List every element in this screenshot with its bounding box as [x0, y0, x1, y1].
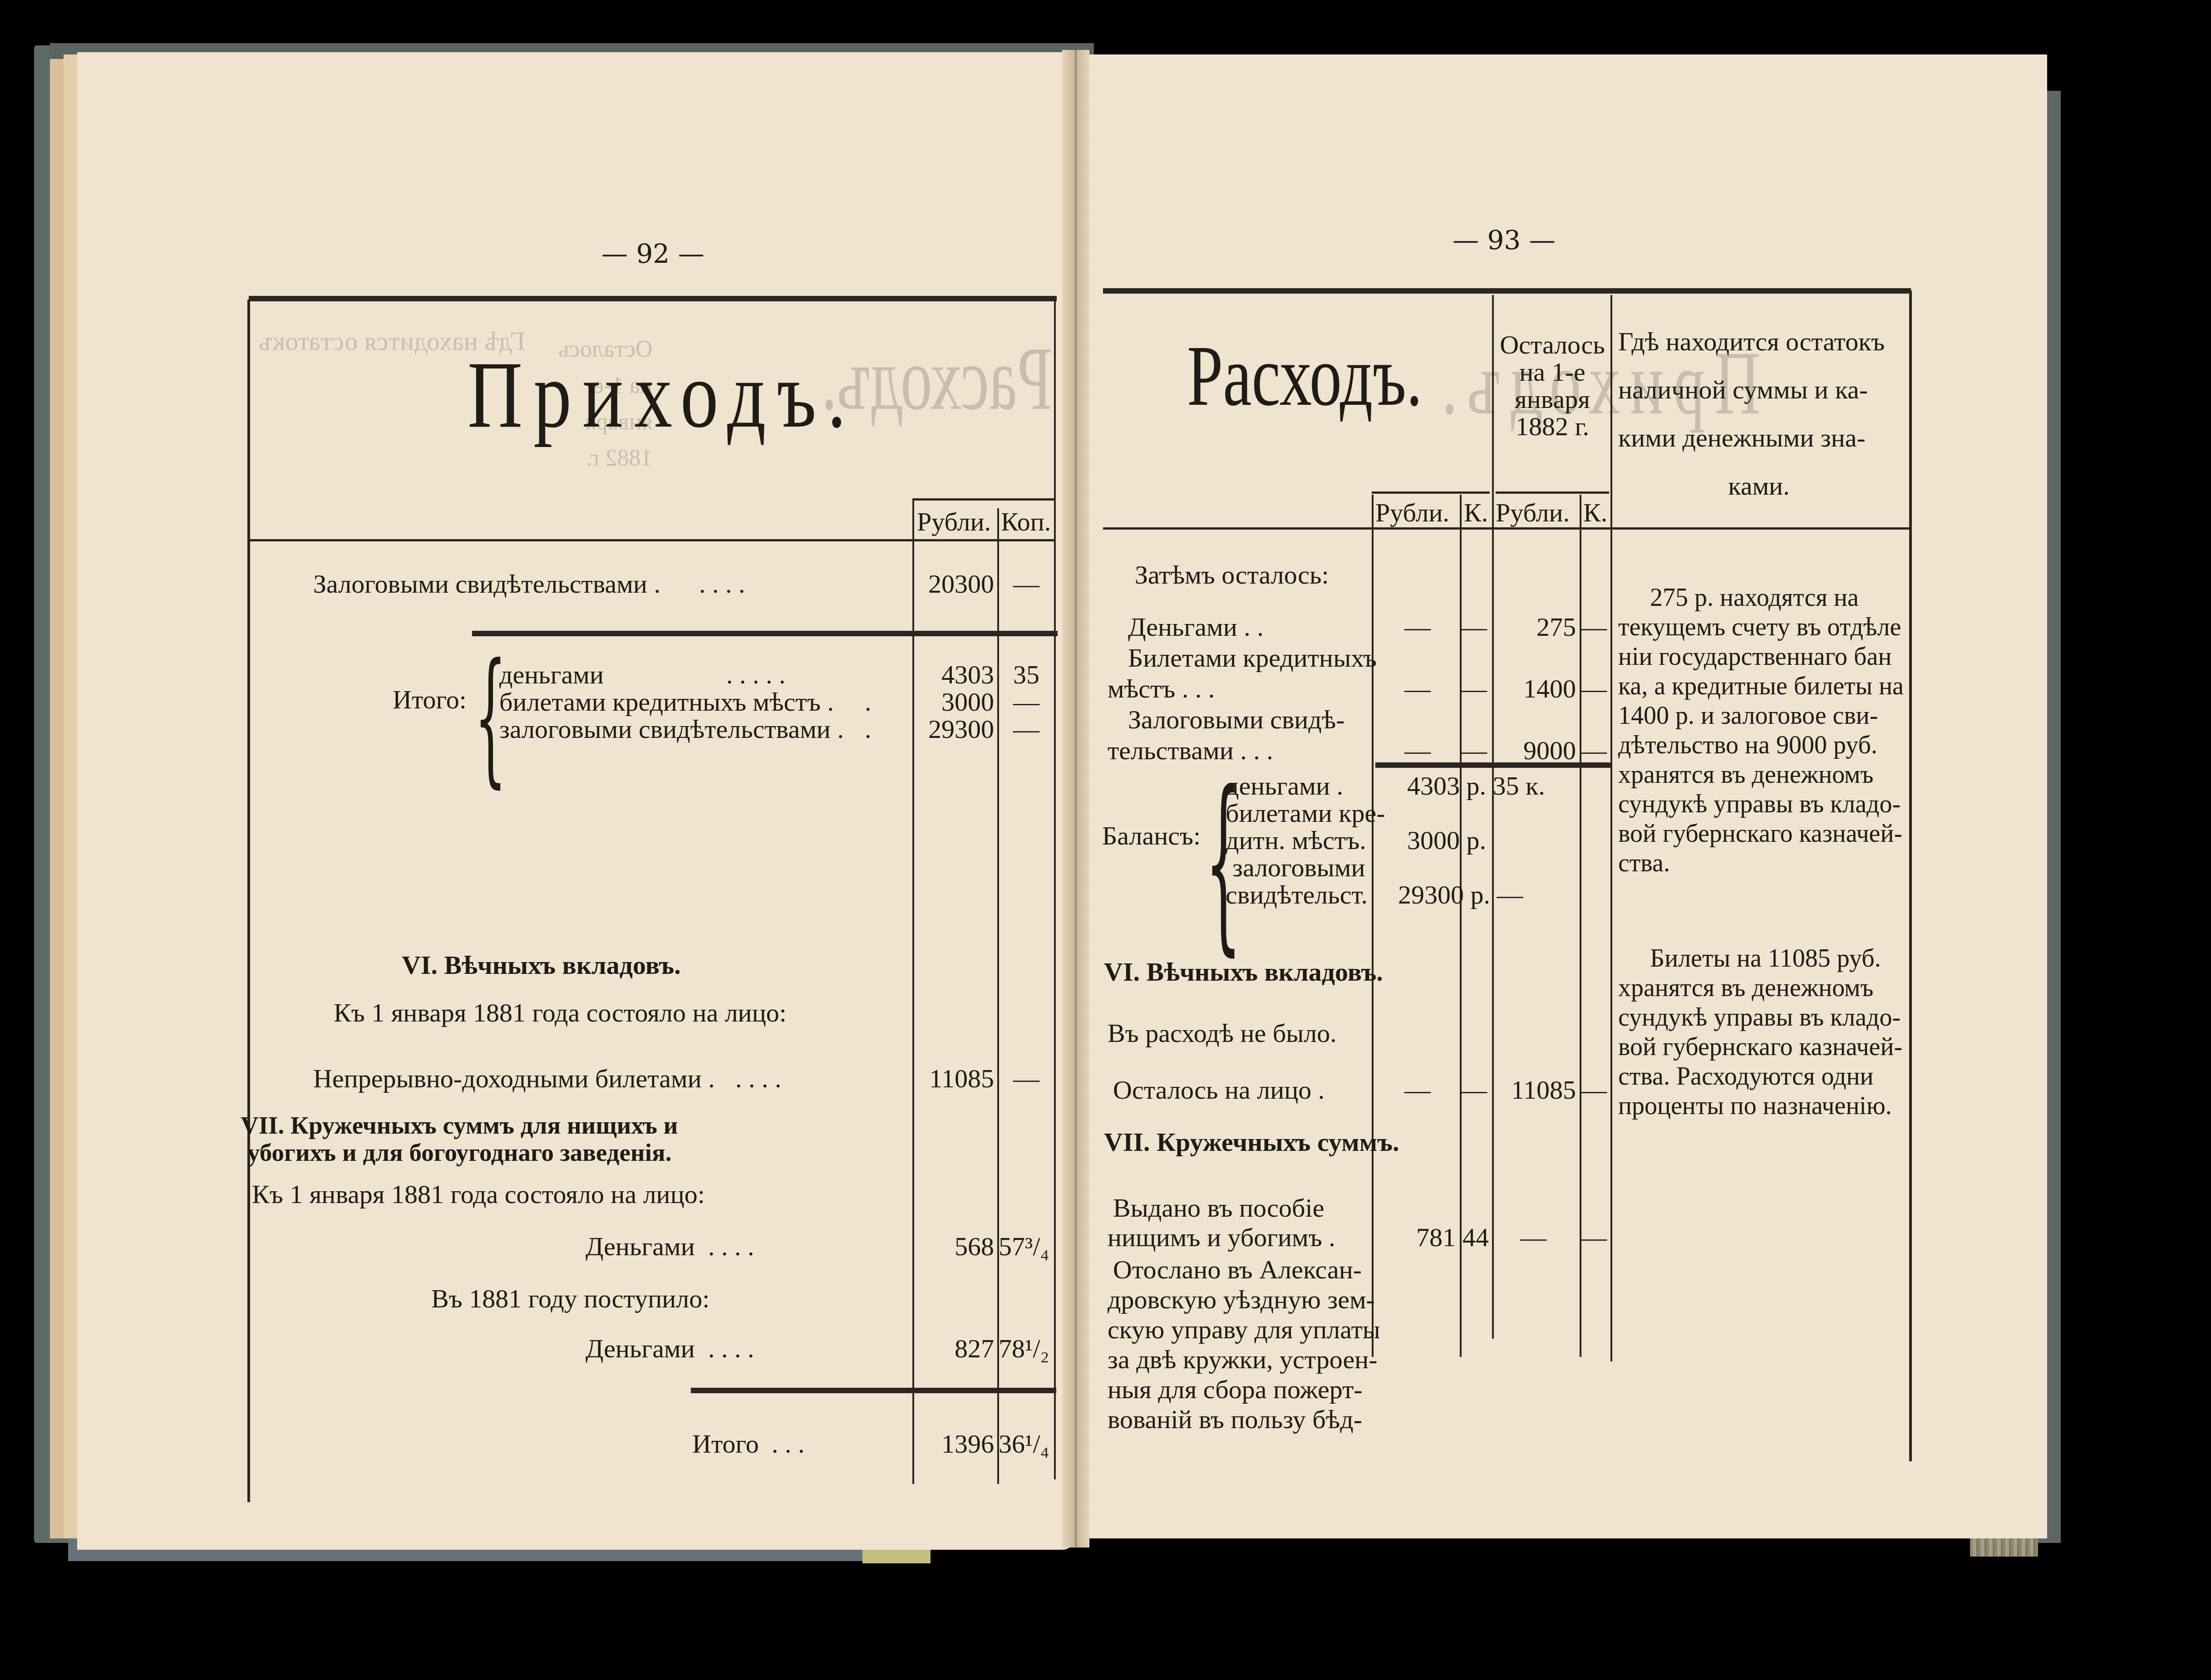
section7-row1-k1: 44 [1463, 1223, 1489, 1252]
balance-label: Балансъ: [1102, 821, 1201, 850]
remainder-pledge-label-1: Залоговыми свидѣ- [1128, 705, 1345, 734]
total-item-dots: . . . . . [726, 660, 786, 689]
section6-remaining-rub2: 11085 [1492, 1076, 1576, 1105]
remainder-heading: Затѣмъ осталось: [1135, 560, 1329, 589]
section7-subheading: Къ 1 января 1881 года состояло на лицо: [252, 1180, 705, 1209]
note-location-1: 275 р. находятся на текущемъ счету въ от… [1618, 583, 1891, 878]
row-dots: . . . . [699, 570, 745, 599]
total-item-dots: . [865, 715, 872, 744]
note-location-2: Билеты на 11085 руб. хранятся въ денежно… [1618, 944, 1891, 1121]
total-item-pledge: залоговыми свидѣтельствами . [499, 715, 844, 744]
section7-row1-rub1: 781 [1372, 1223, 1456, 1252]
book-gutter [1062, 50, 1089, 1547]
remainder-pledge-k2: — [1580, 736, 1607, 765]
header-rub: Рубли. [917, 507, 991, 536]
section6-heading: VI. Вѣчныхъ вкладовъ. [402, 951, 681, 980]
section7-heading-right: VII. Кружечныхъ суммъ. [1104, 1128, 1399, 1157]
section6-row-label: Непрерывно-доходными билетами . [313, 1064, 715, 1093]
section6-remaining-k1: — [1460, 1076, 1487, 1105]
header-sub-rule [1496, 491, 1609, 494]
header-sub-rule [912, 498, 1055, 501]
section6-row-dots: . . . . [735, 1064, 782, 1093]
remainder-money-k1: — [1460, 613, 1487, 642]
header-rub2: Рубли. [1496, 498, 1570, 527]
total-pledge-rub: 29300 [912, 715, 994, 744]
section7-total-rub: 1396 [912, 1429, 994, 1459]
section7-row1-label: Деньгами [586, 1232, 695, 1261]
header-bottom-rule [1103, 527, 1911, 530]
section7-row1-label-2: нищимъ и убогимъ . [1108, 1223, 1335, 1252]
section6-no-expense: Въ расходѣ не было. [1108, 1019, 1337, 1048]
section6-remaining-label: Осталось на лицо . [1113, 1076, 1325, 1105]
table-left-border [247, 300, 250, 1502]
header-rub1: Рубли. [1375, 498, 1449, 527]
section6-row-kop: — [999, 1064, 1039, 1093]
section7-total-rule [691, 1388, 1056, 1393]
header-k2: К. [1583, 498, 1607, 527]
section7-row2-text: Отослано въ Алексан- дровскую уѣздную зе… [1108, 1255, 1380, 1434]
total-item-credit: билетами кредитныхъ мѣстъ . [499, 688, 834, 717]
page-title-expense: Расходъ. [1187, 327, 1423, 426]
total-item-money: деньгами [499, 660, 604, 689]
section7-heading-1: VII. Кружечныхъ суммъ для нищихъ и [241, 1112, 678, 1140]
total-money-rub: 4303 [912, 660, 994, 689]
header-remaining: Осталось на 1-е января 1882 г. [1498, 331, 1607, 440]
section7-row1-label-1: Выдано въ пособіе [1113, 1194, 1324, 1223]
section7-row2-kop: 78¹/₂ [999, 1334, 1049, 1363]
page-number-right: — 93 — [1453, 225, 1556, 255]
col-location-divider [1610, 295, 1612, 1361]
subtotal-rule [472, 631, 1058, 636]
section6-subheading: Къ 1 января 1881 года состояло на лицо: [334, 998, 787, 1027]
col-remaining-divider [1492, 295, 1494, 1339]
section7-total-label: Итого [692, 1429, 759, 1459]
total-credit-rub: 3000 [912, 688, 994, 717]
table-top-rule [1103, 288, 1911, 294]
section7-row1-rub2: — [1492, 1223, 1546, 1252]
section7-row2-label: Деньгами [586, 1334, 695, 1363]
header-k1: К. [1464, 498, 1488, 527]
remainder-credit-rub2: 1400 [1492, 674, 1576, 703]
header-location: Гдѣ находится остатокъ наличной суммы и … [1618, 318, 1900, 510]
total-credit-kop: — [999, 688, 1039, 717]
section7-row1-dots: . . . . [708, 1232, 754, 1261]
balance-pledge-label-1: залоговыми [1232, 853, 1365, 882]
balance-credit-label-1: билетами кре- [1226, 799, 1385, 828]
table-right-border [1909, 290, 1912, 1461]
section7-row1-kop: 57³/₄ [999, 1232, 1049, 1261]
remainder-money-label: Деньгами . . [1128, 613, 1264, 642]
balance-credit-label-2: дитн. мѣстъ. [1226, 826, 1366, 855]
balance-rule [1375, 762, 1611, 768]
section7-row2-rub: 827 [912, 1334, 994, 1363]
section7-row1-rub: 568 [912, 1232, 994, 1261]
section7-heading-2: убогихъ и для богоугоднаго заведенія. [247, 1139, 671, 1167]
section7-received: Въ 1881 году поступило: [431, 1284, 709, 1313]
section6-remaining-k2: — [1580, 1076, 1607, 1105]
table-top-rule [249, 296, 1057, 301]
row-kop: — [999, 570, 1039, 599]
balance-pledge-label-2: свидѣтельст. [1226, 880, 1368, 909]
remainder-credit-label-1: Билетами кредитныхъ [1128, 644, 1377, 673]
section6-heading-right: VI. Вѣчныхъ вкладовъ. [1104, 958, 1383, 987]
page-title-income: Приходъ. [468, 340, 857, 450]
header-bottom-rule [249, 539, 1056, 541]
balance-credit-value: 3000 р. [1407, 826, 1486, 855]
remainder-money-rub2: 275 [1492, 613, 1576, 642]
row-label-pledge: Залоговыми свидѣтельствами . [313, 570, 660, 599]
remainder-pledge-rub1: — [1372, 736, 1431, 765]
row-rub: 20300 [912, 570, 994, 599]
remainder-credit-rub1: — [1372, 674, 1431, 703]
total-item-dots: . [865, 688, 872, 717]
balance-pledge-value: 29300 р. — [1398, 880, 1523, 909]
total-money-kop: 35 [999, 660, 1039, 689]
remainder-money-k2: — [1580, 613, 1607, 642]
section7-total-kop: 36¹/₄ [999, 1429, 1049, 1459]
left-page [77, 52, 1076, 1550]
remainder-money-rub1: — [1372, 613, 1431, 642]
total-pledge-kop: — [999, 715, 1039, 744]
page-number-left: — 92 — [601, 238, 704, 269]
section6-remaining-rub1: — [1372, 1076, 1431, 1105]
header-sub-rule [1372, 491, 1490, 494]
remainder-pledge-label-2: тельствами . . . [1108, 736, 1273, 765]
remainder-credit-k1: — [1460, 674, 1487, 703]
header-kop: Коп. [1001, 507, 1051, 536]
section7-row1-k2: — [1580, 1223, 1607, 1252]
section7-row2-dots: . . . . [708, 1334, 754, 1363]
balance-money-value: 4303 р. 35 к. [1407, 771, 1545, 801]
balance-money-label: деньгами . [1226, 771, 1343, 801]
remainder-pledge-k1: — [1460, 736, 1487, 765]
remainder-credit-label-2: мѣстъ . . . [1108, 674, 1215, 703]
remainder-pledge-rub2: 9000 [1492, 736, 1576, 765]
remainder-credit-k2: — [1580, 674, 1607, 703]
section7-total-dots: . . . [772, 1429, 805, 1459]
section6-row-rub: 11085 [912, 1064, 994, 1093]
table-right-border [1054, 300, 1056, 1479]
total-label: Итого: [393, 685, 467, 714]
